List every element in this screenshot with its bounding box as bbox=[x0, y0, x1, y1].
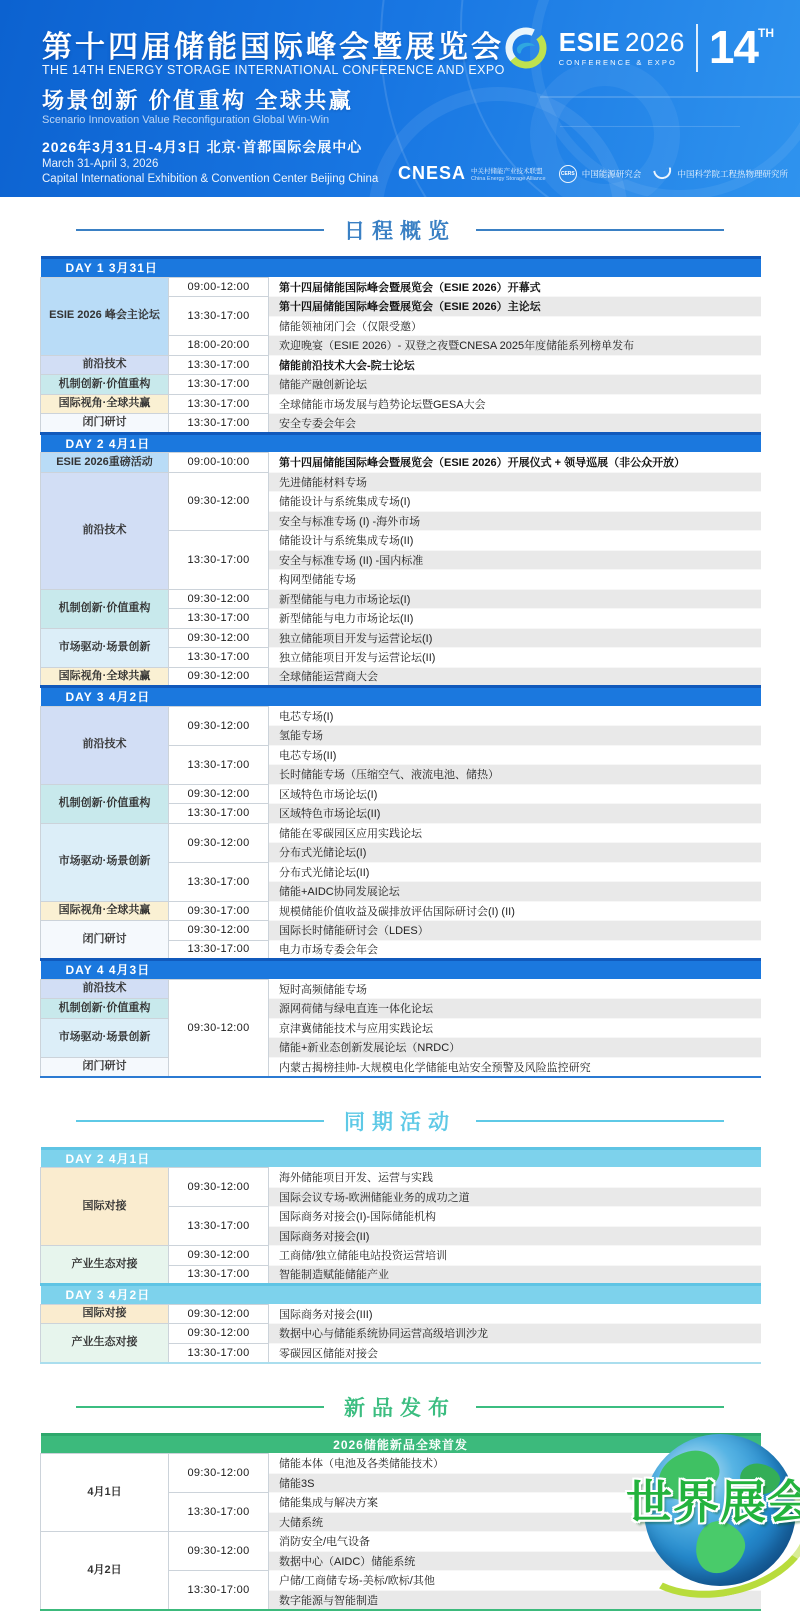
day-bar-row: DAY 4 4月3日 bbox=[41, 960, 761, 980]
section-title-overview: 日程概览 bbox=[40, 215, 760, 245]
event-cell: 储能+AIDC协同发展论坛 bbox=[269, 882, 761, 902]
event-cell: 电力市场专委会年会 bbox=[269, 940, 761, 960]
event-cell: 新型储能与电力市场论坛(II) bbox=[269, 609, 761, 629]
event-cell: 长时储能专场（压缩空气、液流电池、储热） bbox=[269, 765, 761, 785]
partner-cas: 中国科学院工程热物理研究所 bbox=[654, 168, 788, 180]
category-cell: 产业生态对接 bbox=[41, 1246, 169, 1285]
content: 日程概览 DAY 1 3月31日ESIE 2026 峰会主论坛09:00-12:… bbox=[0, 215, 800, 1611]
schedule-row: 前沿技术09:30-12:00短时高频储能专场 bbox=[41, 979, 761, 999]
time-cell: 13:30-17:00 bbox=[169, 1343, 269, 1363]
time-cell: 13:30-17:00 bbox=[169, 940, 269, 960]
logo-divider bbox=[696, 24, 698, 72]
event-cell: 数据中心（AIDC）储能系统 bbox=[269, 1551, 761, 1571]
time-cell: 13:30-17:00 bbox=[169, 648, 269, 668]
schedule-row: 市场驱动·场景创新京津冀储能技术与应用实践论坛 bbox=[41, 1018, 761, 1038]
event-cell: 全球储能运营商大会 bbox=[269, 667, 761, 687]
esie-tagline: CONFERENCE & EXPO bbox=[559, 59, 685, 67]
event-cell: 先进储能材料专场 bbox=[269, 472, 761, 492]
overview-schedule: DAY 1 3月31日ESIE 2026 峰会主论坛09:00-12:00第十四… bbox=[40, 256, 760, 1078]
event-date-cn: 2026年3月31日-4月3日 北京·首都国际会展中心 bbox=[42, 137, 362, 157]
time-cell: 13:30-17:00 bbox=[169, 297, 269, 336]
time-cell: 18:00-20:00 bbox=[169, 336, 269, 356]
schedule-row: 市场驱动·场景创新09:30-12:00独立储能项目开发与运营论坛(I) bbox=[41, 628, 761, 648]
slogan-cn: 场景创新 价值重构 全球共赢 bbox=[42, 84, 353, 115]
event-cell: 构网型储能专场 bbox=[269, 570, 761, 590]
event-cell: 分布式光储论坛(I) bbox=[269, 843, 761, 863]
section-title-concurrent: 同期活动 bbox=[40, 1106, 760, 1136]
event-cell: 零碳园区储能对接会 bbox=[269, 1343, 761, 1363]
event-cell: 储能在零碳园区应用实践论坛 bbox=[269, 823, 761, 843]
category-cell: 机制创新·价值重构 bbox=[41, 784, 169, 823]
day-bar-label: DAY 4 4月3日 bbox=[41, 960, 761, 980]
schedule-row: 4月2日09:30-12:00消防安全/电气设备 bbox=[41, 1532, 761, 1552]
section-title-text: 同期活动 bbox=[344, 1106, 456, 1136]
esie-wordmark: ESIE2026 CONFERENCE & EXPO bbox=[559, 29, 685, 67]
day-bar-row: 2026储能新品全球首发 bbox=[41, 1434, 761, 1454]
launch-schedule: 2026储能新品全球首发4月1日09:30-12:00储能本体（电池及各类储能技… bbox=[40, 1433, 760, 1611]
edition-number: 14TH bbox=[709, 27, 774, 68]
schedule-row: 闭门研讨内蒙古揭榜挂帅-大规模电化学储能电站安全预警及风险监控研究 bbox=[41, 1057, 761, 1077]
decor-line bbox=[540, 96, 800, 98]
event-cell: 储能前沿技术大会-院士论坛 bbox=[269, 355, 761, 375]
event-title-en: THE 14TH ENERGY STORAGE INTERNATIONAL CO… bbox=[42, 63, 505, 77]
title-rule-right bbox=[476, 1406, 724, 1408]
event-cell: 消防安全/电气设备 bbox=[269, 1532, 761, 1552]
day-bar-label: 2026储能新品全球首发 bbox=[41, 1434, 761, 1454]
time-cell: 09:30-12:00 bbox=[169, 1454, 269, 1493]
day-bar-label: DAY 3 4月2日 bbox=[41, 687, 761, 707]
time-cell: 13:30-17:00 bbox=[169, 531, 269, 590]
category-cell: 国际对接 bbox=[41, 1304, 169, 1324]
day-bar-label: DAY 2 4月1日 bbox=[41, 433, 761, 453]
category-cell: 国际视角·全球共赢 bbox=[41, 394, 169, 414]
partner-logos: CNESA 中关村储能产业技术联盟 China Energy Storage A… bbox=[398, 163, 788, 184]
day-bar-row: DAY 3 4月2日 bbox=[41, 687, 761, 707]
day-bar-label: DAY 3 4月2日 bbox=[41, 1285, 761, 1305]
time-cell: 09:30-12:00 bbox=[169, 979, 269, 1077]
event-cell: 国际会议专场-欧洲储能业务的成功之道 bbox=[269, 1187, 761, 1207]
category-cell: 前沿技术 bbox=[41, 472, 169, 589]
event-cell: 独立储能项目开发与运营论坛(I) bbox=[269, 628, 761, 648]
schedule-row: 前沿技术09:30-12:00先进储能材料专场 bbox=[41, 472, 761, 492]
category-cell: 产业生态对接 bbox=[41, 1324, 169, 1363]
esie-swirl-icon bbox=[504, 26, 548, 70]
cnesa-cn-label: 中关村储能产业技术联盟 bbox=[471, 166, 546, 175]
time-cell: 09:30-12:00 bbox=[169, 667, 269, 687]
time-cell: 13:30-17:00 bbox=[169, 394, 269, 414]
time-cell: 13:30-17:00 bbox=[169, 375, 269, 395]
time-cell: 09:30-17:00 bbox=[169, 901, 269, 921]
time-cell: 09:00-12:00 bbox=[169, 277, 269, 297]
partner-cers: CERS 中国能源研究会 bbox=[559, 165, 642, 183]
event-cell: 国际商务对接会(III) bbox=[269, 1304, 761, 1324]
category-cell: ESIE 2026 峰会主论坛 bbox=[41, 277, 169, 355]
slogan-en: Scenario Innovation Value Reconfiguratio… bbox=[42, 114, 329, 126]
event-cell: 第十四届储能国际峰会暨展览会（ESIE 2026）开展仪式 + 领导巡展（非公众… bbox=[269, 453, 761, 473]
day-bar-row: DAY 2 4月1日 bbox=[41, 1148, 761, 1168]
event-cell: 储能本体（电池及各类储能技术） bbox=[269, 1454, 761, 1474]
time-cell: 09:30-12:00 bbox=[169, 1168, 269, 1207]
event-cell: 国际长时储能研讨会（LDES） bbox=[269, 921, 761, 941]
section-title-text: 新品发布 bbox=[344, 1392, 456, 1422]
event-cell: 内蒙古揭榜挂帅-大规模电化学储能电站安全预警及风险监控研究 bbox=[269, 1057, 761, 1077]
category-cell: 前沿技术 bbox=[41, 355, 169, 375]
event-date-en: March 31-April 3, 2026 bbox=[42, 158, 158, 170]
schedule-row: 闭门研讨09:30-12:00国际长时储能研讨会（LDES） bbox=[41, 921, 761, 941]
time-cell: 13:30-17:00 bbox=[169, 1265, 269, 1285]
category-cell: 4月2日 bbox=[41, 1532, 169, 1610]
esie-name: ESIE bbox=[559, 27, 620, 57]
schedule-row: 4月1日09:30-12:00储能本体（电池及各类储能技术） bbox=[41, 1454, 761, 1474]
title-rule-right bbox=[476, 1120, 724, 1122]
section-title-launch: 新品发布 bbox=[40, 1392, 760, 1422]
category-cell: 闭门研讨 bbox=[41, 1057, 169, 1077]
category-cell: 市场驱动·场景创新 bbox=[41, 823, 169, 901]
partner-cnesa: CNESA 中关村储能产业技术联盟 China Energy Storage A… bbox=[398, 163, 546, 184]
time-cell: 09:30-12:00 bbox=[169, 472, 269, 531]
schedule-row: 国际对接09:30-12:00海外储能项目开发、运营与实践 bbox=[41, 1168, 761, 1188]
category-cell: ESIE 2026重磅活动 bbox=[41, 453, 169, 473]
time-cell: 09:30-12:00 bbox=[169, 1246, 269, 1266]
event-cell: 安全专委会年会 bbox=[269, 414, 761, 434]
category-cell: 国际对接 bbox=[41, 1168, 169, 1246]
concurrent-schedule: DAY 2 4月1日国际对接09:30-12:00海外储能项目开发、运营与实践国… bbox=[40, 1147, 760, 1364]
event-cell: 储能设计与系统集成专场(I) bbox=[269, 492, 761, 512]
schedule-row: 闭门研讨13:30-17:00安全专委会年会 bbox=[41, 414, 761, 434]
cers-badge-icon: CERS bbox=[559, 165, 577, 183]
esie-year: 2026 bbox=[625, 27, 685, 57]
schedule-row: 国际视角·全球共赢09:30-17:00规模储能价值收益及碳排放评估国际研讨会(… bbox=[41, 901, 761, 921]
cnesa-wordmark: CNESA bbox=[398, 163, 466, 184]
time-cell: 09:30-12:00 bbox=[169, 1304, 269, 1324]
event-cell: 分布式光储论坛(II) bbox=[269, 862, 761, 882]
title-rule-left bbox=[76, 229, 324, 231]
time-cell: 09:30-12:00 bbox=[169, 706, 269, 745]
cas-swoosh-icon bbox=[654, 167, 674, 181]
edition-suffix: TH bbox=[758, 26, 774, 40]
cas-label: 中国科学院工程热物理研究所 bbox=[677, 168, 788, 180]
time-cell: 13:30-17:00 bbox=[169, 1571, 269, 1610]
cnesa-en-label: China Energy Storage Alliance bbox=[471, 176, 546, 182]
category-cell: 机制创新·价值重构 bbox=[41, 999, 169, 1019]
title-rule-left bbox=[76, 1406, 324, 1408]
event-cell: 数字能源与智能制造 bbox=[269, 1590, 761, 1610]
event-venue-en: Capital International Exhibition & Conve… bbox=[42, 173, 378, 185]
section-title-text: 日程概览 bbox=[344, 215, 456, 245]
event-cell: 工商储/独立储能电站投资运营培训 bbox=[269, 1246, 761, 1266]
day-bar-row: DAY 3 4月2日 bbox=[41, 1285, 761, 1305]
category-cell: 前沿技术 bbox=[41, 706, 169, 784]
event-cell: 欢迎晚宴（ESIE 2026）- 双登之夜暨CNESA 2025年度储能系列榜单… bbox=[269, 336, 761, 356]
event-cell: 第十四届储能国际峰会暨展览会（ESIE 2026）主论坛 bbox=[269, 297, 761, 317]
time-cell: 13:30-17:00 bbox=[169, 1207, 269, 1246]
time-cell: 09:30-12:00 bbox=[169, 823, 269, 862]
time-cell: 13:30-17:00 bbox=[169, 609, 269, 629]
concurrent-table: DAY 2 4月1日国际对接09:30-12:00海外储能项目开发、运营与实践国… bbox=[40, 1147, 761, 1364]
event-cell: 电芯专场(I) bbox=[269, 706, 761, 726]
category-cell: 前沿技术 bbox=[41, 979, 169, 999]
time-cell: 13:30-17:00 bbox=[169, 862, 269, 901]
event-cell: 海外储能项目开发、运营与实践 bbox=[269, 1168, 761, 1188]
time-cell: 09:30-12:00 bbox=[169, 1324, 269, 1344]
time-cell: 13:30-17:00 bbox=[169, 1493, 269, 1532]
schedule-row: 机制创新·价值重构源网荷储与绿电直连一体化论坛 bbox=[41, 999, 761, 1019]
schedule-row: 国际视角·全球共赢09:30-12:00全球储能运营商大会 bbox=[41, 667, 761, 687]
time-cell: 13:30-17:00 bbox=[169, 414, 269, 434]
event-cell: 短时高频储能专场 bbox=[269, 979, 761, 999]
category-cell: 市场驱动·场景创新 bbox=[41, 1018, 169, 1057]
event-cell: 国际商务对接会(II) bbox=[269, 1226, 761, 1246]
time-cell: 09:30-12:00 bbox=[169, 921, 269, 941]
time-cell: 13:30-17:00 bbox=[169, 355, 269, 375]
time-cell: 09:30-12:00 bbox=[169, 628, 269, 648]
category-cell: 闭门研讨 bbox=[41, 921, 169, 960]
category-cell: 国际视角·全球共赢 bbox=[41, 667, 169, 687]
event-cell: 储能集成与解决方案 bbox=[269, 1493, 761, 1513]
time-cell: 09:30-12:00 bbox=[169, 589, 269, 609]
day-bar-label: DAY 1 3月31日 bbox=[41, 258, 761, 278]
event-cell: 数据中心与储能系统协同运营高级培训沙龙 bbox=[269, 1324, 761, 1344]
event-cell: 智能制造赋能储能产业 bbox=[269, 1265, 761, 1285]
schedule-row: 市场驱动·场景创新09:30-12:00储能在零碳园区应用实践论坛 bbox=[41, 823, 761, 843]
event-cell: 区域特色市场论坛(I) bbox=[269, 784, 761, 804]
event-cell: 源网荷储与绿电直连一体化论坛 bbox=[269, 999, 761, 1019]
schedule-row: ESIE 2026 峰会主论坛09:00-12:00第十四届储能国际峰会暨展览会… bbox=[41, 277, 761, 297]
time-cell: 09:30-12:00 bbox=[169, 1532, 269, 1571]
decor-line bbox=[560, 126, 740, 127]
time-cell: 13:30-17:00 bbox=[169, 745, 269, 784]
category-cell: 机制创新·价值重构 bbox=[41, 375, 169, 395]
category-cell: 国际视角·全球共赢 bbox=[41, 901, 169, 921]
title-rule-left bbox=[76, 1120, 324, 1122]
schedule-row: 机制创新·价值重构09:30-12:00区域特色市场论坛(I) bbox=[41, 784, 761, 804]
schedule-row: 前沿技术09:30-12:00电芯专场(I) bbox=[41, 706, 761, 726]
event-cell: 京津冀储能技术与应用实践论坛 bbox=[269, 1018, 761, 1038]
day-bar-label: DAY 2 4月1日 bbox=[41, 1148, 761, 1168]
schedule-row: 机制创新·价值重构09:30-12:00新型储能与电力市场论坛(I) bbox=[41, 589, 761, 609]
title-rule-right bbox=[476, 229, 724, 231]
schedule-row: 产业生态对接09:30-12:00工商储/独立储能电站投资运营培训 bbox=[41, 1246, 761, 1266]
day-bar-row: DAY 2 4月1日 bbox=[41, 433, 761, 453]
event-cell: 安全与标准专场 (II) -国内标准 bbox=[269, 550, 761, 570]
schedule-row: ESIE 2026重磅活动09:00-10:00第十四届储能国际峰会暨展览会（E… bbox=[41, 453, 761, 473]
event-cell: 独立储能项目开发与运营论坛(II) bbox=[269, 648, 761, 668]
schedule-row: 机制创新·价值重构13:30-17:00储能产融创新论坛 bbox=[41, 375, 761, 395]
day-bar-row: DAY 1 3月31日 bbox=[41, 258, 761, 278]
event-cell: 户储/工商储专场-美标/欧标/其他 bbox=[269, 1571, 761, 1591]
schedule-row: 前沿技术13:30-17:00储能前沿技术大会-院士论坛 bbox=[41, 355, 761, 375]
event-cell: 储能3S bbox=[269, 1473, 761, 1493]
schedule-row: 国际对接09:30-12:00国际商务对接会(III) bbox=[41, 1304, 761, 1324]
event-cell: 电芯专场(II) bbox=[269, 745, 761, 765]
event-cell: 储能设计与系统集成专场(II) bbox=[269, 531, 761, 551]
event-cell: 国际商务对接会(I)-国际储能机构 bbox=[269, 1207, 761, 1227]
launch-table: 2026储能新品全球首发4月1日09:30-12:00储能本体（电池及各类储能技… bbox=[40, 1433, 761, 1611]
event-cell: 规模储能价值收益及碳排放评估国际研讨会(I) (II) bbox=[269, 901, 761, 921]
overview-table: DAY 1 3月31日ESIE 2026 峰会主论坛09:00-12:00第十四… bbox=[40, 256, 761, 1078]
cers-label: 中国能源研究会 bbox=[582, 168, 642, 180]
event-cell: 储能+新业态创新发展论坛（NRDC） bbox=[269, 1038, 761, 1058]
event-cell: 区域特色市场论坛(II) bbox=[269, 804, 761, 824]
schedule-row: 国际视角·全球共赢13:30-17:00全球储能市场发展与趋势论坛暨GESA大会 bbox=[41, 394, 761, 414]
event-cell: 大储系统 bbox=[269, 1512, 761, 1532]
time-cell: 09:00-10:00 bbox=[169, 453, 269, 473]
category-cell: 4月1日 bbox=[41, 1454, 169, 1532]
header: 第十四届储能国际峰会暨展览会 THE 14TH ENERGY STORAGE I… bbox=[0, 0, 800, 197]
event-cell: 储能产融创新论坛 bbox=[269, 375, 761, 395]
time-cell: 09:30-12:00 bbox=[169, 784, 269, 804]
category-cell: 机制创新·价值重构 bbox=[41, 589, 169, 628]
event-cell: 新型储能与电力市场论坛(I) bbox=[269, 589, 761, 609]
schedule-row: 产业生态对接09:30-12:00数据中心与储能系统协同运营高级培训沙龙 bbox=[41, 1324, 761, 1344]
event-cell: 氢能专场 bbox=[269, 726, 761, 746]
category-cell: 闭门研讨 bbox=[41, 414, 169, 434]
esie-logo: ESIE2026 CONFERENCE & EXPO 14TH bbox=[504, 24, 774, 72]
event-cell: 储能领袖闭门会（仅限受邀） bbox=[269, 316, 761, 336]
event-title-cn: 第十四届储能国际峰会暨展览会 bbox=[42, 22, 504, 66]
event-cell: 第十四届储能国际峰会暨展览会（ESIE 2026）开幕式 bbox=[269, 277, 761, 297]
event-cell: 安全与标准专场 (I) -海外市场 bbox=[269, 511, 761, 531]
event-cell: 全球储能市场发展与趋势论坛暨GESA大会 bbox=[269, 394, 761, 414]
category-cell: 市场驱动·场景创新 bbox=[41, 628, 169, 667]
time-cell: 13:30-17:00 bbox=[169, 804, 269, 824]
